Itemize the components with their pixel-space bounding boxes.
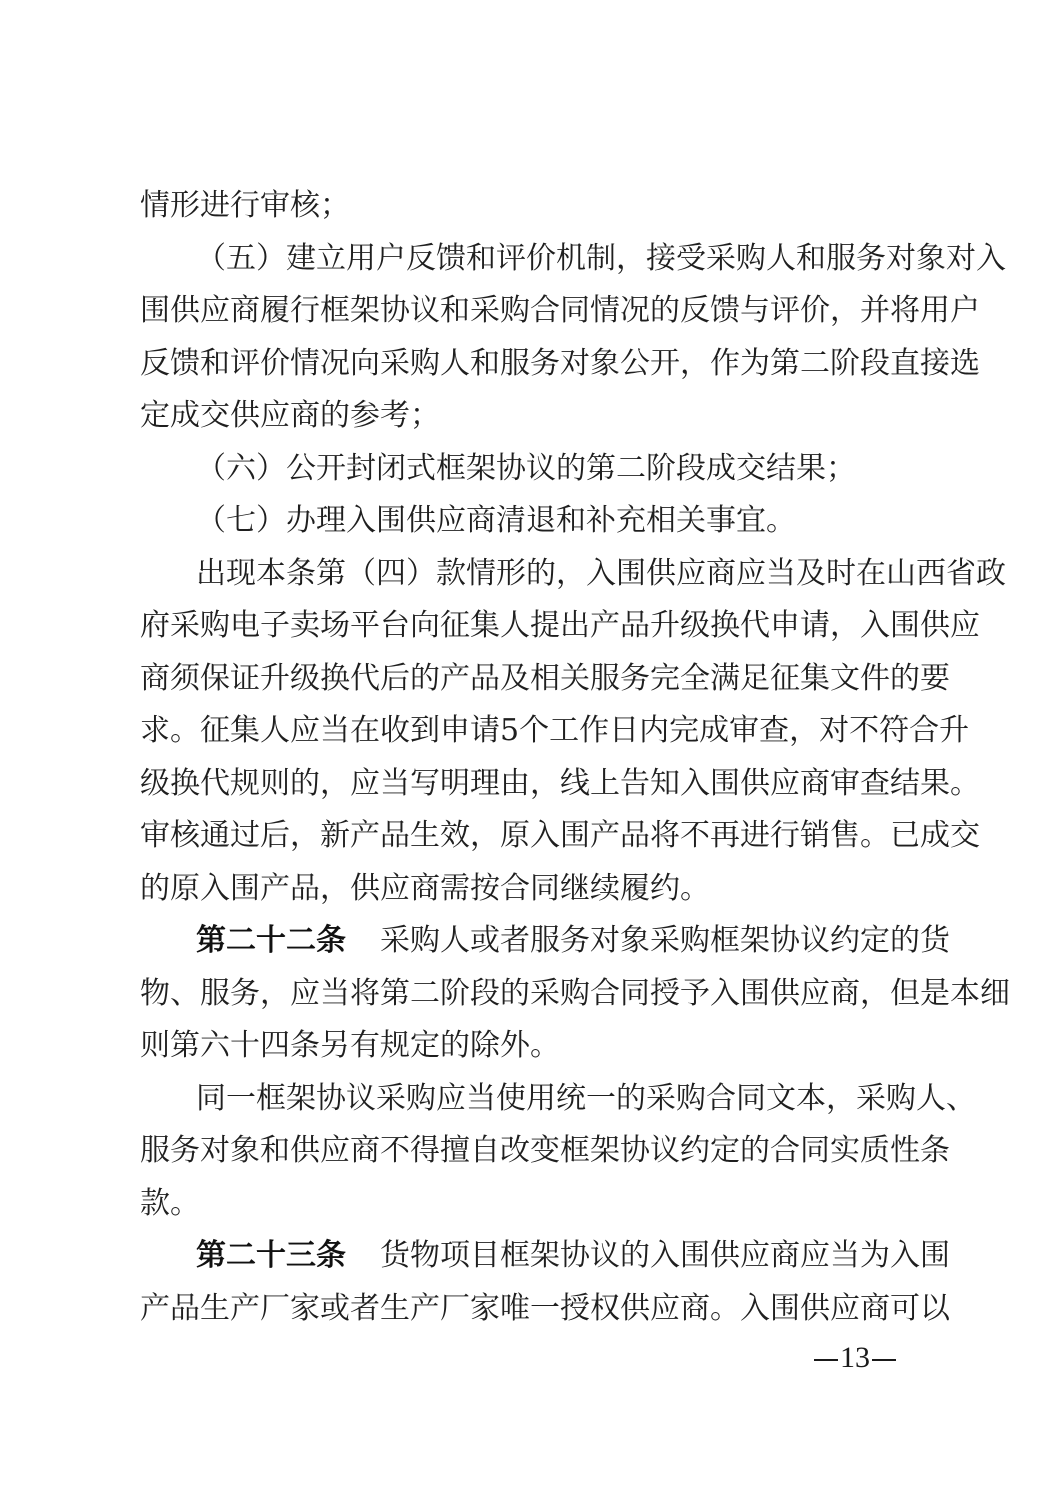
text-line: 情形进行审核； — [140, 180, 923, 233]
article-22-line: 第二十二条采购人或者服务对象采购框架协议约定的货 — [140, 915, 923, 968]
document-page: 情形进行审核； （五）建立用户反馈和评价机制，接受采购人和服务对象对入 围供应商… — [0, 0, 1060, 1500]
text-line: 定成交供应商的参考； — [140, 390, 923, 443]
dash-left — [814, 1359, 838, 1361]
text-line: 级换代规则的，应当写明理由，线上告知入围供应商审查结果。 — [140, 758, 923, 811]
text-line: 同一框架协议采购应当使用统一的采购合同文本，采购人、 — [140, 1073, 923, 1126]
text-line: 围供应商履行框架协议和采购合同情况的反馈与评价，并将用户 — [140, 285, 923, 338]
text-line: 的原入围产品，供应商需按合同继续履约。 — [140, 863, 923, 916]
text-line: 出现本条第（四）款情形的，入围供应商应当及时在山西省政 — [140, 548, 923, 601]
text-line: 府采购电子卖场平台向征集人提出产品升级换代申请，入围供应 — [140, 600, 923, 653]
article-22-text: 采购人或者服务对象采购框架协议约定的货 — [380, 923, 950, 958]
text-line: 审核通过后，新产品生效，原入围产品将不再进行销售。已成交 — [140, 810, 923, 863]
article-23-text: 货物项目框架协议的入围供应商应当为入围 — [380, 1238, 950, 1273]
text-line: 物、服务，应当将第二阶段的采购合同授予入围供应商，但是本细 — [140, 968, 923, 1021]
text-line-item-7: （七）办理入围供应商清退和补充相关事宜。 — [140, 495, 923, 548]
text-line: 产品生产厂家或者生产厂家唯一授权供应商。入围供应商可以 — [140, 1283, 923, 1336]
page-number-value: 13 — [840, 1341, 870, 1374]
article-22-heading: 第二十二条 — [196, 923, 346, 958]
article-23-heading: 第二十三条 — [196, 1238, 346, 1273]
document-body: 情形进行审核； （五）建立用户反馈和评价机制，接受采购人和服务对象对入 围供应商… — [140, 180, 923, 1335]
article-23-line: 第二十三条货物项目框架协议的入围供应商应当为入围 — [140, 1230, 923, 1283]
text-line: 商须保证升级换代后的产品及相关服务完全满足征集文件的要 — [140, 653, 923, 706]
page-number: 13 — [812, 1338, 898, 1378]
text-line: 则第六十四条另有规定的除外。 — [140, 1020, 923, 1073]
text-line: 求。征集人应当在收到申请5个工作日内完成审查，对不符合升 — [140, 705, 923, 758]
text-line-item-6: （六）公开封闭式框架协议的第二阶段成交结果； — [140, 443, 923, 496]
text-line: 款。 — [140, 1178, 923, 1231]
text-line-item-5: （五）建立用户反馈和评价机制，接受采购人和服务对象对入 — [140, 233, 923, 286]
text-line: 服务对象和供应商不得擅自改变框架协议约定的合同实质性条 — [140, 1125, 923, 1178]
text-line: 反馈和评价情况向采购人和服务对象公开，作为第二阶段直接选 — [140, 338, 923, 391]
dash-right — [872, 1359, 896, 1361]
